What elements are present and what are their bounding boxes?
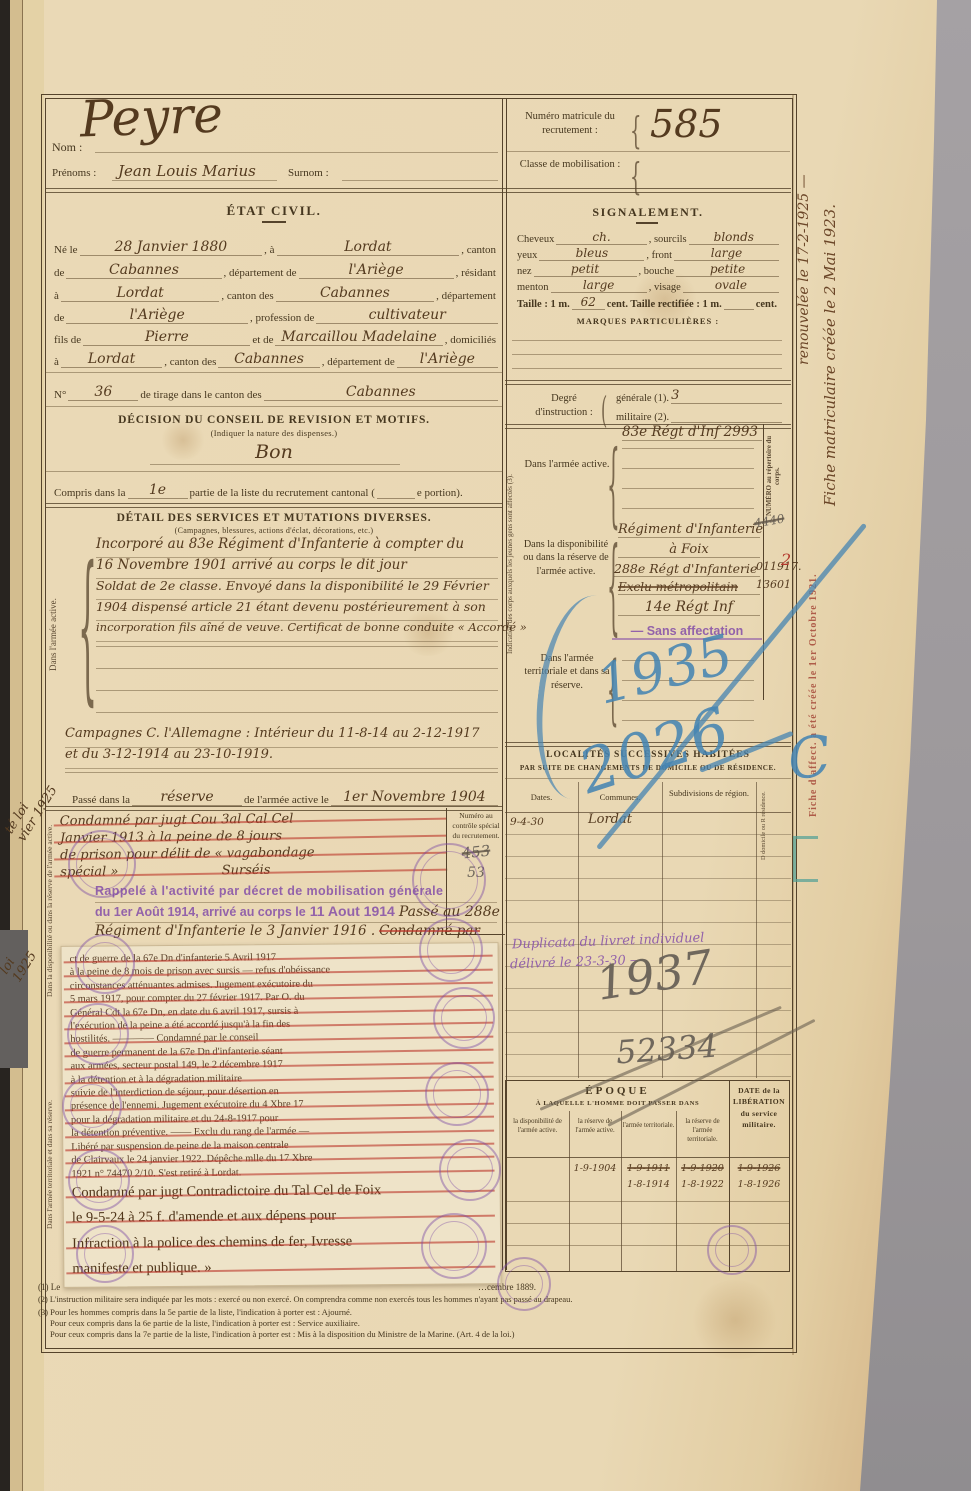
matricule-line (506, 150, 790, 152)
etat-civil-tick (262, 221, 286, 223)
active-corps-value: 83e Régt d'Inf 2993 (622, 424, 762, 441)
ruled-line (96, 646, 498, 647)
tirage-line: N°36de tirage dans le canton desCabannes (52, 379, 498, 401)
footnote-1-start: (1) Le (38, 1282, 60, 1292)
ec-l4-profession: , profession de (248, 312, 316, 324)
numero-repertoire-vertical-label: NUMÉRO au répertoire du corps. (766, 428, 788, 524)
campagnes-line: et du 3-12-1914 au 23-10-1919. (65, 747, 498, 769)
prenoms-label: Prénoms : (52, 167, 96, 179)
compris-line: Compris dans la1epartie de la liste du r… (52, 479, 498, 499)
militaire-label: militaire (2). (614, 412, 671, 423)
visage-value: ovale (683, 279, 779, 293)
ec-father: Pierre (83, 330, 250, 346)
dispo-value-2: à Foix (618, 542, 760, 558)
ec-l6-dept: , département de (320, 356, 397, 368)
ec-l2-de: de (52, 267, 66, 279)
ec-dom-dept: l'Ariège (397, 352, 498, 368)
surnom-line (342, 164, 498, 181)
ec-l5-domicilies: , domiciliés (443, 334, 498, 346)
section-double-rule (45, 503, 503, 508)
name-signature: Peyre (79, 86, 224, 149)
localites-row-date: 9-4-30 (510, 816, 544, 828)
compris-text: partie de la liste du recrutement canton… (188, 487, 377, 499)
ec-dept-value: l'Ariège (299, 263, 454, 279)
ruled-line (65, 772, 498, 773)
degre-instruction-label: Degré d'instruction : (528, 392, 600, 419)
etat-civil-title: ÉTAT CIVIL. (45, 203, 503, 219)
circular-stamp (75, 934, 135, 994)
ec-line-1: Né le28 Janvier 1880, àLordat, canton (52, 234, 498, 256)
sig-row-menton: mentonlarge, visageovale (515, 277, 779, 293)
tirage-text: de tirage dans le canton des (138, 389, 263, 401)
ec-canton-value: Cabannes (66, 263, 221, 279)
taille-rectifiee-label: cent. Taille rectifiée : 1 m. (605, 299, 724, 310)
circular-stamp (68, 1149, 130, 1211)
ec-l6-a: à (52, 356, 61, 368)
ec-l3-dept: , département (434, 290, 498, 302)
epoque-r1-reserve-territoriale: 1-9-1920 (676, 1163, 729, 1174)
circular-stamp (412, 843, 486, 917)
signalement-tick (636, 222, 658, 224)
sourcils-label: , sourcils (647, 234, 689, 245)
ruled-line (512, 340, 782, 341)
generale-value: 3 (671, 389, 782, 404)
teal-mark (793, 836, 818, 882)
ruled-line (622, 448, 754, 449)
ec-line-4: del'Ariège, profession decultivateur (52, 302, 498, 324)
degre-generale-line: générale (1).3 (614, 388, 782, 404)
ruled-line (622, 468, 754, 469)
indication-corps-vertical-label: Indication des corps auxquels les jeunes… (506, 430, 520, 698)
visage-label: , visage (647, 282, 683, 293)
ruled-line (96, 690, 498, 691)
blank-line (377, 498, 415, 499)
circular-stamp (67, 1003, 129, 1065)
tirage-canton: Cabannes (264, 385, 498, 401)
ec-l1-canton: , canton (459, 244, 498, 256)
surnom-label: Surnom : (288, 167, 329, 179)
compris-label: Compris dans la (52, 487, 128, 499)
ruled-line (96, 668, 498, 669)
compris-partie: 1e (128, 483, 188, 499)
blank-line (724, 309, 754, 310)
dispo-reserve-label: Dans la disponibilité ou dans la réserve… (522, 538, 610, 578)
classe-brace: { (630, 156, 641, 200)
repertoire-number-1: 011917. (756, 560, 802, 573)
decision-subtitle: (Indiquer la nature des dispenses.) (45, 428, 503, 438)
localites-col-border (578, 782, 579, 1078)
armee-active-vertical-label: Dans l'armée active. (48, 560, 62, 710)
circular-stamp (421, 1213, 487, 1279)
epoque-subtitle: À LAQUELLE L'HOMME DOIT PASSER DANS (506, 1100, 729, 1107)
sig-row-yeux: yeuxbleus, frontlarge (515, 245, 779, 261)
cheveux-value: ch. (556, 231, 646, 245)
circular-stamp (68, 830, 136, 898)
ec-residence: Lordat (61, 286, 220, 302)
ec-line-5: fils dePierreet deMarcaillou Madelaine, … (52, 324, 498, 346)
ec-mother: Marcaillou Madelaine (275, 330, 442, 346)
matricule-value: 585 (650, 102, 723, 146)
blue-letter-c: C (784, 723, 835, 793)
sig-row-taille: Taille : 1 m.62cent. Taille rectifiée : … (515, 293, 779, 310)
services-text-line: incorporation fils aîné de veuve. Certif… (96, 620, 498, 642)
sourcils-value: blonds (689, 231, 779, 245)
ec-profession: cultivateur (316, 308, 498, 324)
dispo-value-struck: Exclu métropolitain (618, 580, 760, 595)
circular-stamp (76, 1225, 134, 1283)
cent-label: cent. (754, 299, 779, 310)
circular-stamp (419, 918, 483, 982)
sig-row-nez: nezpetit, bouchepetite (515, 261, 779, 277)
ec-l3-a: à (52, 290, 61, 302)
localites-col-border (756, 782, 757, 1078)
epoque-r1-territoriale: 1-9-1911 (621, 1163, 676, 1174)
ec-l2-residant: , résidant (454, 267, 498, 279)
ruled-line (96, 712, 498, 713)
ec-l6-canton: , canton des (162, 356, 218, 368)
generale-label: générale (1). (614, 393, 671, 404)
footnote-3c: Pour ceux compris dans la 7e partie de l… (50, 1329, 780, 1339)
ec-res-dept: l'Ariège (66, 308, 248, 324)
decision-title: DÉCISION DU CONSEIL DE REVISION ET MOTIF… (45, 414, 503, 426)
passe-date: 1er Novembre 1904 (331, 790, 498, 806)
footnote-3b: Pour ceux compris dans la 6e partie de l… (50, 1318, 780, 1328)
yeux-value: bleus (539, 247, 644, 261)
matricule-brace: { (630, 110, 641, 154)
signalement-title: SIGNALEMENT. (505, 205, 791, 220)
armee-active-label: Dans l'armée active. (524, 458, 610, 472)
ruled-line (622, 488, 754, 489)
yeux-label: yeux (515, 250, 539, 261)
classe-label: Classe de mobilisation : (514, 158, 626, 172)
epoque-title: ÉPOQUE (506, 1085, 729, 1097)
sig-row-cheveux: Cheveuxch., sourcilsblonds (515, 229, 779, 245)
services-text-line: Incorporé au 83e Régiment d'Infanterie à… (96, 536, 498, 558)
ruled-line (512, 368, 782, 369)
margin-creation-note: Fiche matriculaire créée le 2 Mai 1923. (822, 120, 844, 590)
dispo-value-1: Régiment d'Infanterie (618, 522, 760, 538)
services-text-line: 16 Novembre 1901 arrivé au corps le dit … (96, 557, 498, 579)
ec-l5-fils: fils de (52, 334, 83, 346)
circular-stamp (433, 987, 495, 1049)
ec-birthdate: 28 Janvier 1880 (80, 240, 263, 256)
ec-l3-canton: , canton des (219, 290, 275, 302)
epoque-r2-liberation: 1-8-1926 (729, 1179, 789, 1190)
epoque-col4-header: la réserve de l'armée territoriale. (677, 1117, 728, 1145)
controle-special-label: Numéro au contrôle spécial du recrutemen… (447, 808, 505, 843)
epoque-col3-header: l'armée territoriale. (622, 1121, 675, 1130)
book-gutter-shadow (0, 0, 10, 1491)
ec-res-canton: Cabannes (276, 286, 435, 302)
bouche-value: petite (676, 263, 779, 277)
taille-label: Taille : 1 m. (515, 299, 572, 310)
epoque-col1-header: la disponibilité de l'armée active. (507, 1117, 568, 1135)
section-rule (45, 406, 503, 407)
ec-l1-label: Né le (52, 244, 80, 256)
prenoms-line (112, 164, 277, 181)
epoque-header-rule (506, 1157, 789, 1158)
epoque-r1-liberation: 1-9-1926 (729, 1163, 789, 1174)
condamnation-1924-line: Condamné par jugt Contradictoire du Tal … (72, 1177, 492, 1206)
blank-line (671, 421, 782, 423)
section-rule (45, 372, 503, 373)
ec-dom-commune: Lordat (61, 352, 162, 368)
taille-value: 62 (572, 296, 605, 310)
matricule-label: Numéro matricule du recrutement : (514, 110, 626, 137)
menton-value: large (551, 279, 647, 293)
dispo-value-5: 14e Régt Inf (618, 599, 760, 616)
circular-stamp (425, 1062, 489, 1126)
epoque-date-label: DATE de la LIBÉRATION du service militai… (732, 1085, 786, 1131)
under-page-edge-1 (10, 0, 23, 1491)
dispo-value-3: 288e Régt d'Infanterie (614, 561, 760, 577)
cheveux-label: Cheveux (515, 234, 556, 245)
circular-stamp (497, 1257, 551, 1311)
section-double-rule (505, 380, 791, 385)
localites-header-subdivisions: Subdivisions de région. (662, 788, 756, 798)
services-brace: { (78, 536, 97, 725)
ec-l1-at: , à (262, 244, 276, 256)
ruled-line (506, 1223, 789, 1224)
scanned-military-register-sheet: Peyre Nom : Prénoms : Jean Louis Marius … (0, 0, 971, 1491)
menton-label: menton (515, 282, 551, 293)
signalement-fields: Cheveuxch., sourcilsblonds yeuxbleus, fr… (515, 229, 779, 310)
epoque-r2-territoriale: 1-8-1914 (621, 1179, 676, 1190)
circular-stamp (439, 1139, 501, 1201)
services-text-line: 1904 dispensé article 21 étant devenu po… (96, 599, 498, 621)
ec-l4-de: de (52, 312, 66, 324)
ec-line-3: àLordat, canton desCabannes, département (52, 280, 498, 302)
pencil-52334: 52334 (615, 1026, 719, 1071)
under-page-edge-2 (23, 0, 45, 1491)
repertoire-number-2: 13601 (756, 578, 791, 591)
epoque-r2-reserve-territoriale: 1-8-1922 (676, 1179, 729, 1190)
tirage-no-label: N° (52, 389, 68, 401)
services-title: DÉTAIL DES SERVICES ET MUTATIONS DIVERSE… (45, 512, 503, 524)
ec-l2-dept: , département de (222, 267, 299, 279)
footnote-2: (2) L'instruction militaire sera indiqué… (38, 1295, 778, 1304)
services-subtitle: (Campagnes, blessures, actions d'éclat, … (45, 526, 503, 535)
passe-reserve: réserve (132, 790, 242, 806)
passe-text: de l'armée active le (242, 794, 331, 806)
footnote-3a: (3) Pour les hommes compris dans la 5e p… (38, 1307, 768, 1317)
mobilisation-arrival-date: 11 Aout 1914 (310, 903, 395, 919)
ec-birthplace: Lordat (277, 240, 460, 256)
section-rule (45, 471, 503, 472)
front-value: large (674, 247, 779, 261)
compris-portion: e portion). (415, 487, 465, 499)
circular-stamp (707, 1225, 757, 1275)
ruled-line (622, 508, 754, 509)
decision-line (150, 444, 400, 465)
ec-dom-canton: Cabannes (218, 352, 319, 368)
epoque-col-border (621, 1111, 622, 1271)
tirage-number: 36 (68, 385, 138, 401)
epoque-r1-reserve-active: 1-9-1904 (569, 1163, 621, 1174)
epoque-col2-header: la réserve de l'armée active. (570, 1117, 620, 1135)
marques-label: MARQUES PARTICULIÈRES : (505, 316, 791, 326)
ec-line-6: àLordat, canton desCabannes, département… (52, 346, 498, 368)
header-bottom-rule (45, 188, 791, 193)
circular-stamp (62, 1076, 122, 1136)
nez-value: petit (534, 263, 637, 277)
front-label: , front (644, 250, 674, 261)
ruled-line (506, 1201, 789, 1202)
regiment-288-text: Régiment d'Infanterie le 3 Janvier 1916 … (95, 923, 375, 939)
ruled-line (512, 354, 782, 355)
nom-label: Nom : (52, 140, 82, 155)
margin-renouvelee-note: renouvelée le 17-2-1925 — (796, 100, 816, 440)
ec-line-2: deCabannes, département del'Ariège, rési… (52, 257, 498, 279)
nez-label: nez (515, 266, 534, 277)
passe-label: Passé dans la (70, 794, 132, 806)
bouche-label: , bouche (637, 266, 677, 277)
degre-militaire-line: militaire (2). (614, 407, 782, 423)
red-number-2: 2 (781, 550, 791, 569)
mobilisation-date-text: du 1er Août 1914, arrivé au corps le (95, 905, 306, 919)
services-text-line: Soldat de 2e classe. Envoyé dans la disp… (96, 578, 498, 600)
passe-reserve-line: Passé dans laréservede l'armée active le… (70, 784, 498, 806)
ec-l5-etde: et de (250, 334, 275, 346)
campagnes-line: Campagnes C. l'Allemagne : Intérieur du … (65, 726, 498, 748)
